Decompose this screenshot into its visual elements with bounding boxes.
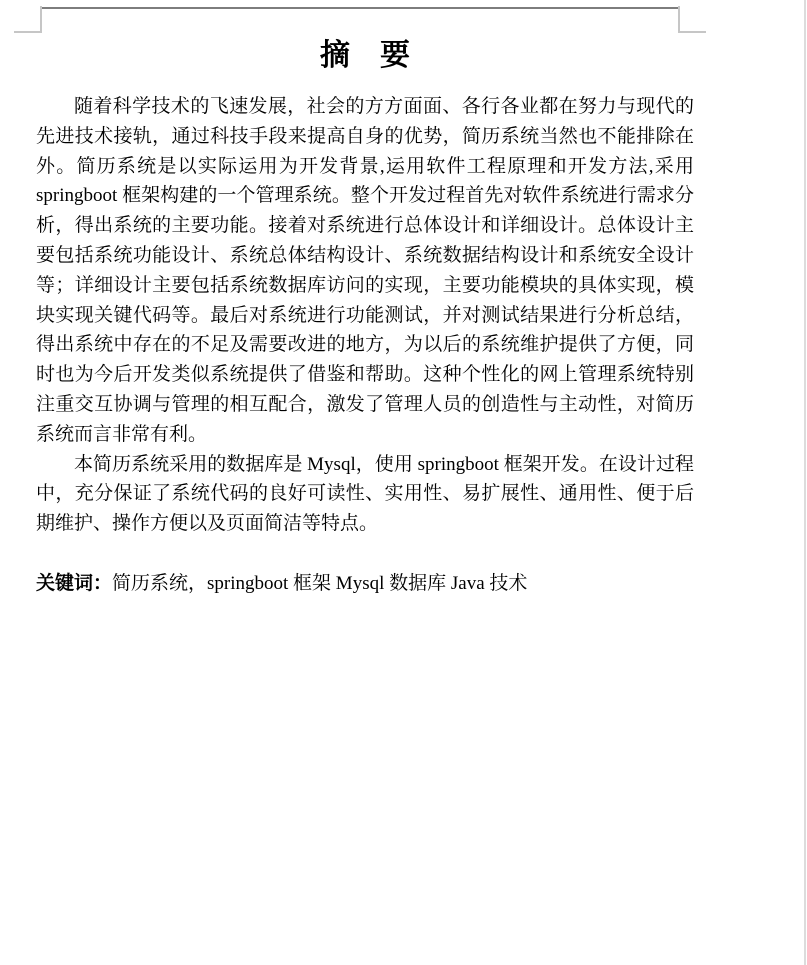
text-boundary-top-line [40,7,680,9]
keywords-text: 简历系统，springboot 框架 Mysql 数据库 Java 技术 [112,573,527,594]
abstract-paragraph-2: 本简历系统采用的数据库是 Mysql，使用 springboot 框架开发。在设… [36,450,694,539]
keywords-line: 关键词：简历系统，springboot 框架 Mysql 数据库 Java 技术 [36,569,694,599]
margin-crop-mark-top-left-vertical [40,6,42,33]
keywords-label: 关键词： [36,573,112,594]
document-page: 摘 要 随着科学技术的飞速发展，社会的方方面面、各行各业都在努力与现代的先进技术… [0,0,807,965]
page-title: 摘 要 [36,36,694,76]
margin-crop-mark-top-right-vertical [678,6,680,33]
document-content: 摘 要 随着科学技术的飞速发展，社会的方方面面、各行各业都在努力与现代的先进技术… [36,36,694,599]
margin-crop-mark-top-right-horizontal [679,31,706,33]
margin-crop-mark-top-left-horizontal [14,31,41,33]
abstract-paragraph-1: 随着科学技术的飞速发展，社会的方方面面、各行各业都在努力与现代的先进技术接轨，通… [36,92,694,450]
page-right-edge-line [804,0,806,965]
